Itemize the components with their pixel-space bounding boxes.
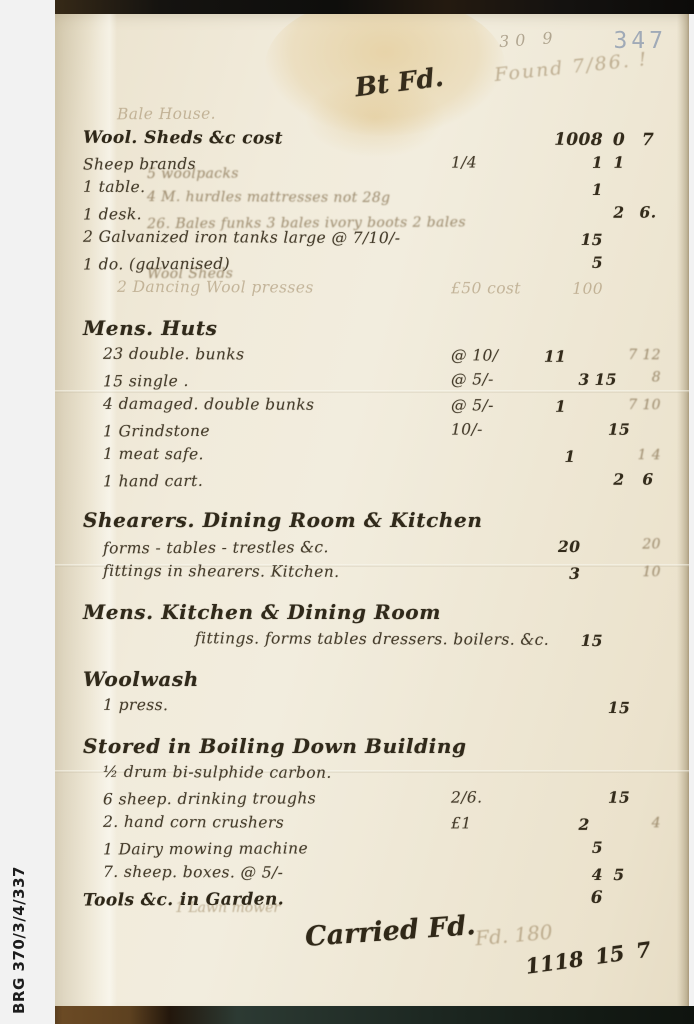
item-amount: 24 xyxy=(532,815,661,835)
item-description: 1 hand cart. xyxy=(103,472,203,491)
amount-pounds: 1 xyxy=(545,153,603,172)
item-description: 1 press. xyxy=(103,696,168,714)
amount-pence xyxy=(635,787,661,806)
amount-pence xyxy=(635,152,661,171)
ledger-page: 347 30 9 Found 7/86. ! Bt Fd. Bale House… xyxy=(55,8,689,1008)
amount-pence xyxy=(612,537,638,556)
amount-pounds: 3 xyxy=(532,370,590,389)
item-amount: 15 xyxy=(545,698,661,718)
item-rate: 1/4 xyxy=(451,153,477,171)
total-shillings: 15 xyxy=(593,940,625,969)
bleedthrough-row: 2 Dancing Wool presses£50 cost100 xyxy=(83,278,663,306)
item-description: Sheep brands xyxy=(83,155,196,174)
item-rate: £1 xyxy=(451,814,472,832)
amount-pence xyxy=(608,447,634,466)
amount-shillings: 15 xyxy=(603,788,635,807)
ledger-row: ½ drum bi-sulphide carbon. xyxy=(83,763,663,791)
amount-pence xyxy=(622,815,648,834)
amount-pounds: 2 xyxy=(532,815,590,834)
item-description: 1 Grindstone xyxy=(103,422,210,441)
amount-pence xyxy=(635,419,661,438)
bleedthrough-amount: 8 xyxy=(652,369,661,388)
pencil-annotation: 30 9 xyxy=(499,28,560,51)
item-description: 4 damaged. double bunks xyxy=(103,395,314,414)
amount-pence xyxy=(635,837,661,856)
item-description: 1 table. xyxy=(83,178,146,196)
item-amount: 310 xyxy=(522,564,661,584)
ledger-row: 1 do. (galvanised)Wool Sheds5 xyxy=(83,252,663,280)
bleedthrough-amount: 7 12 xyxy=(628,347,661,366)
amount-shillings: 15 xyxy=(603,420,635,439)
archive-reference-label: BRG 370/3/4/337 xyxy=(10,866,28,1014)
amount-pounds: 5 xyxy=(545,838,603,857)
amount-shillings: 2 xyxy=(603,470,635,489)
amount-shillings: 15 xyxy=(603,698,635,717)
amount-shillings: 0 xyxy=(603,130,635,150)
item-rate: @ 5/- xyxy=(451,396,494,414)
amount-shillings: 2 xyxy=(603,203,635,222)
amount-shillings xyxy=(566,347,598,366)
bleedthrough-amount: 10 xyxy=(642,564,661,583)
amount-pounds: 1 xyxy=(518,447,576,466)
item-description: ½ drum bi-sulphide carbon. xyxy=(103,763,332,782)
item-amount: 3158 xyxy=(532,369,661,389)
amount-pence: 6 xyxy=(635,469,661,488)
ledger-row: fittings. forms tables dressers. boilers… xyxy=(83,629,663,657)
bleedthrough-row: Bale House. xyxy=(83,102,663,130)
amount-pence xyxy=(635,887,661,907)
amount-pence xyxy=(612,564,638,583)
item-description: fittings in shearers. Kitchen. xyxy=(103,562,340,581)
item-amount: 17 10 xyxy=(508,397,661,417)
amount-pounds xyxy=(545,470,603,489)
amount-shillings xyxy=(603,888,635,908)
ledger-row: 23 double. bunks@ 10/117 12 xyxy=(83,345,663,373)
amount-shillings xyxy=(603,631,635,650)
book-binding-top xyxy=(42,0,694,14)
ledger-row: 4 damaged. double bunks@ 5/-17 10 xyxy=(83,395,663,423)
amount-shillings xyxy=(580,537,612,556)
amount-pounds: 15 xyxy=(545,631,603,650)
section-heading: Mens. Kitchen & Dining Room xyxy=(83,600,663,630)
total-pounds: 1118 xyxy=(524,946,585,979)
amount-shillings: 15 xyxy=(590,370,622,389)
item-rate: 2/6. xyxy=(451,788,483,806)
amount-shillings: 5 xyxy=(603,865,635,884)
amount-shillings xyxy=(603,253,635,272)
item-amount: 100 xyxy=(545,280,661,299)
item-description: 23 double. bunks xyxy=(103,345,245,364)
ledger-row: 7. sheep. boxes. @ 5/-45 xyxy=(83,863,663,891)
amount-shillings xyxy=(603,230,635,249)
ledger-row: 6 sheep. drinking troughs2/6.15 xyxy=(83,787,663,815)
amount-pounds: 20 xyxy=(522,537,580,556)
item-description: 1 do. (galvanised) xyxy=(83,255,230,274)
page-right-edge-shading xyxy=(677,8,689,1008)
ledger-row: 2 Galvanized iron tanks large @ 7/10/-15 xyxy=(83,228,663,256)
item-rate: £50 cost xyxy=(451,279,521,297)
ledger-row: 1 desk.26. Bales funks 3 bales ivory boo… xyxy=(83,202,663,230)
item-amount: 1 xyxy=(545,180,661,200)
amount-pounds: 100 xyxy=(545,280,603,298)
amount-shillings xyxy=(590,815,622,834)
amount-pounds: 1008 xyxy=(545,130,603,150)
amount-pence xyxy=(635,252,661,271)
item-description: 1 desk. xyxy=(83,205,142,223)
item-description: fittings. forms tables dressers. boilers… xyxy=(195,629,549,649)
item-description: 1 Dairy mowing machine xyxy=(103,839,308,858)
amount-pounds: 11 xyxy=(508,347,566,366)
item-amount: 2020 xyxy=(522,536,661,556)
bleedthrough-amount: 7 10 xyxy=(628,397,661,416)
item-rate: 10/- xyxy=(451,420,483,438)
item-description: 7. sheep. boxes. @ 5/- xyxy=(103,863,283,882)
amount-pounds: 3 xyxy=(522,564,580,583)
scanner-background: BRG 370/3/4/337 xyxy=(0,0,55,1024)
amount-pence: 7 xyxy=(635,130,661,150)
item-rate: @ 5/- xyxy=(451,370,494,388)
item-amount: 6 xyxy=(545,887,661,908)
amount-pence xyxy=(635,698,661,717)
item-description: 2. hand corn crushers xyxy=(103,813,284,832)
item-description: 2 Galvanized iron tanks large @ 7/10/- xyxy=(83,228,400,247)
section-heading: Woolwash xyxy=(83,667,663,697)
ledger-row: Wool. Sheds &c cost100807 xyxy=(83,128,663,156)
item-amount: 5 xyxy=(545,252,661,272)
carried-forward-label: Carried Fd. xyxy=(304,910,476,953)
amount-shillings: 1 xyxy=(603,153,635,172)
ledger-row: Sheep brands5 woolpacks1/411 xyxy=(83,152,663,180)
item-amount: 11 4 xyxy=(518,447,662,467)
item-amount: 26. xyxy=(545,202,661,222)
item-description: 1 meat safe. xyxy=(103,445,204,463)
book-binding-bottom xyxy=(22,1006,694,1024)
amount-pence xyxy=(635,280,661,298)
amount-pounds: 5 xyxy=(545,253,603,272)
item-amount: 15 xyxy=(545,787,661,807)
item-description: forms - tables - trestles &c. xyxy=(103,538,329,557)
item-description: 6 sheep. drinking troughs xyxy=(103,789,316,808)
item-amount xyxy=(545,102,661,103)
bleedthrough-amount: 4 xyxy=(652,815,661,834)
item-amount: 15 xyxy=(545,230,661,250)
amount-shillings xyxy=(603,280,635,298)
bleedthrough-item: 1 Lawn mower xyxy=(175,900,280,916)
amount-pence xyxy=(635,865,661,884)
ledger-row: 1 hand cart.26 xyxy=(83,469,663,497)
ledger-row: 1 Grindstone10/-15 xyxy=(83,419,663,447)
amount-shillings xyxy=(580,564,612,583)
amount-pence xyxy=(598,347,624,366)
section-heading: Mens. Huts xyxy=(83,316,663,346)
amount-shillings xyxy=(566,397,598,416)
item-amount xyxy=(545,765,661,766)
amount-pounds: 6 xyxy=(545,888,603,908)
section-heading: Shearers. Dining Room & Kitchen xyxy=(83,508,663,538)
ledger-row: 1 Dairy mowing machine5 xyxy=(83,837,663,865)
ledger-entries: Bale House.Wool. Sheds &c cost100807Shee… xyxy=(83,104,663,914)
amount-pounds xyxy=(545,788,603,807)
amount-shillings xyxy=(576,447,608,466)
ledger-row: forms - tables - trestles &c.2020 xyxy=(83,536,663,564)
amount-pence: 6. xyxy=(635,202,661,221)
ledger-row: 1 press.15 xyxy=(83,696,663,724)
bleedthrough-note: Found 7/86. ! xyxy=(494,48,650,86)
ledger-row: Tools &c. in Garden.6 xyxy=(83,887,663,915)
item-rate: @ 10/ xyxy=(451,346,498,364)
scanned-page-canvas: BRG 370/3/4/337 347 30 9 Found 7/86. ! B… xyxy=(0,0,694,1024)
amount-pence xyxy=(635,230,661,249)
amount-pounds xyxy=(545,698,603,717)
ledger-row: 2. hand corn crushers£124 xyxy=(83,813,663,841)
ledger-row: 1 table.4 M. hurdles mattresses not 28g1 xyxy=(83,178,663,206)
item-amount: 11 xyxy=(545,152,661,172)
item-description: Bale House. xyxy=(117,105,216,124)
item-amount: 26 xyxy=(545,469,661,489)
amount-pounds: 4 xyxy=(545,865,603,884)
amount-pounds: 1 xyxy=(508,397,566,416)
carried-forward-echo-ghost: Fd. 180 xyxy=(474,920,553,951)
item-amount: 15 xyxy=(545,631,661,651)
amount-pounds: 1 xyxy=(545,180,603,199)
section-heading: Stored in Boiling Down Building xyxy=(83,734,663,764)
item-description: 2 Dancing Wool presses xyxy=(117,278,314,297)
item-amount: 100807 xyxy=(545,130,661,151)
ledger-row: fittings in shearers. Kitchen.310 xyxy=(83,562,663,590)
amount-pounds xyxy=(545,203,603,222)
amount-shillings xyxy=(603,838,635,857)
amount-shillings xyxy=(603,180,635,199)
amount-pounds xyxy=(545,420,603,439)
ledger-row: 15 single .@ 5/-3158 xyxy=(83,369,663,397)
amount-pence xyxy=(635,631,661,650)
amount-pence xyxy=(635,180,661,199)
total-pence: 7 xyxy=(634,936,652,963)
item-amount: 15 xyxy=(545,419,661,439)
ledger-row: 1 meat safe.11 4 xyxy=(83,445,663,473)
item-amount: 5 xyxy=(545,837,661,857)
item-description: Wool. Sheds &c cost xyxy=(83,128,283,149)
amount-pence xyxy=(622,370,648,389)
item-amount: 117 12 xyxy=(508,347,661,367)
item-amount: 45 xyxy=(545,865,661,885)
bleedthrough-amount: 1 4 xyxy=(638,447,662,466)
bleedthrough-amount: 20 xyxy=(642,536,661,555)
amount-pounds: 15 xyxy=(545,230,603,249)
amount-pence xyxy=(598,397,624,416)
item-description: 15 single . xyxy=(103,372,189,390)
